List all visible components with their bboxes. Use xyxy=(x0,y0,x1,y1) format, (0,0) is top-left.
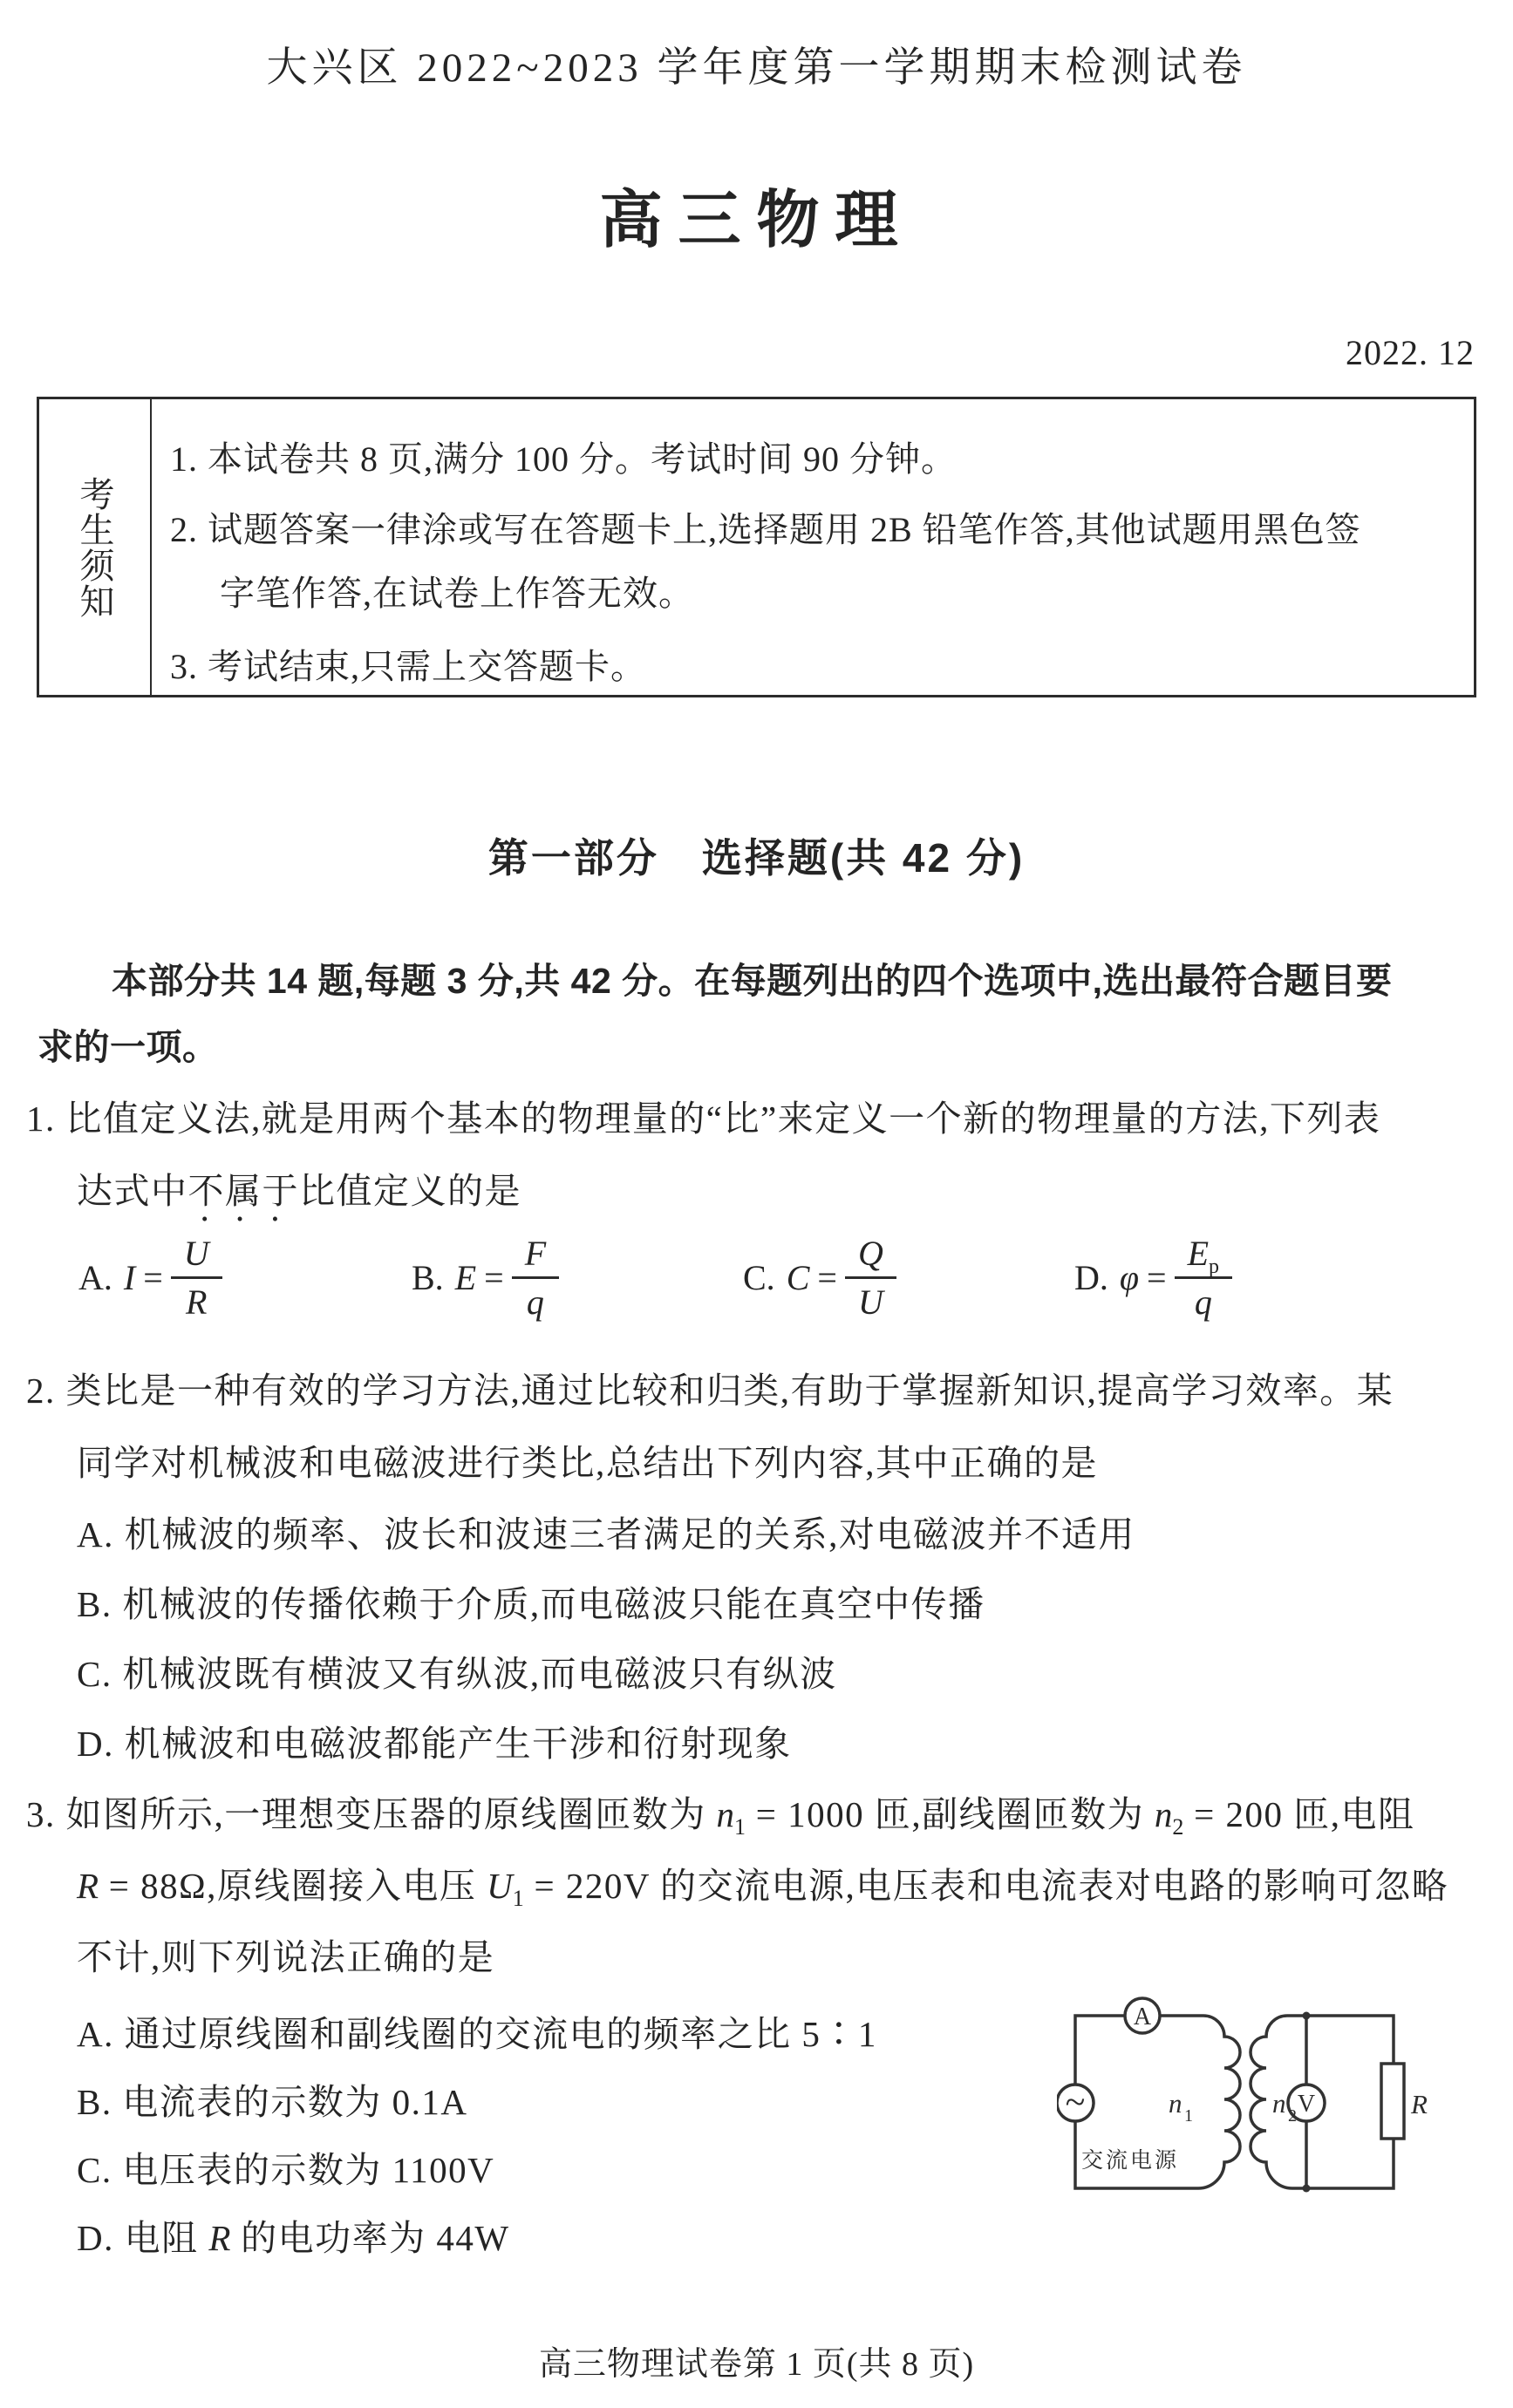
option-label: B. xyxy=(412,1257,444,1298)
question-2-option-a: A. 机械波的频率、波长和波速三者满足的关系,对电磁波并不适用 xyxy=(77,1506,1135,1557)
q1-option-c: C.C=QU xyxy=(743,1233,896,1323)
section-title: 第一部分 选择题(共 42 分) xyxy=(0,826,1513,884)
notice-item-2: 2. 试题答案一律涂或写在答题卡上,选择题用 2B 铅笔作答,其他试题用黑色签 xyxy=(170,502,1361,552)
junction-dot-bottom xyxy=(1303,2185,1311,2193)
exam-paper-page: 大兴区 2022~2023 学年度第一学期期末检测试卷 高三物理 2022. 1… xyxy=(0,0,1513,2408)
exam-header: 大兴区 2022~2023 学年度第一学期期末检测试卷 xyxy=(0,35,1513,93)
notice-item-3: 3. 考试结束,只需上交答题卡。 xyxy=(170,639,646,689)
notice-side-label: 考生须知 xyxy=(70,476,119,619)
question-2-line-1: 2. 类比是一种有效的学习方法,通过比较和归类,有助于掌握新知识,提高学习效率。… xyxy=(26,1362,1394,1413)
primary-coil-label-sub: 1 xyxy=(1184,2106,1193,2126)
resistor-label: R xyxy=(1410,2089,1428,2119)
secondary-coil-label-sub: 2 xyxy=(1288,2106,1297,2126)
ac-source-symbol: ~ xyxy=(1066,2083,1086,2123)
junction-dot-top xyxy=(1303,2012,1311,2020)
page-footer: 高三物理试卷第 1 页(共 8 页) xyxy=(0,2337,1513,2384)
question-2-line-2: 同学对机械波和电磁波进行类比,总结出下列内容,其中正确的是 xyxy=(77,1434,1098,1486)
primary-coil-label: n xyxy=(1169,2088,1182,2119)
question-3-option-b: B. 电流表的示数为 0.1A xyxy=(77,2073,467,2125)
section-intro-line-2: 求的一项。 xyxy=(37,1018,219,1070)
secondary-coil-label: n xyxy=(1272,2088,1286,2119)
examinee-notice-box: 考生须知 1. 本试卷共 8 页,满分 100 分。考试时间 90 分钟。 2.… xyxy=(37,397,1476,697)
question-3-line-3: 不计,则下列说法正确的是 xyxy=(77,1928,494,1980)
q1-option-b: B.E=Fq xyxy=(412,1233,559,1323)
question-3-line-1: 3. 如图所示,一理想变压器的原线圈匝数为 n1 = 1000 匝,副线圈匝数为… xyxy=(26,1786,1415,1840)
q1-option-d: D.φ=Epq xyxy=(1074,1233,1232,1323)
question-3-line-2: R = 88Ω,原线圈接入电压 U1 = 220V 的交流电源,电压表和电流表对… xyxy=(77,1857,1448,1912)
notice-side-cell: 考生须知 xyxy=(39,399,152,695)
question-2-option-b: B. 机械波的传播依赖于介质,而电磁波只能在真空中传播 xyxy=(77,1575,985,1627)
section-intro-line-1: 本部分共 14 题,每题 3 分,共 42 分。在每题列出的四个选项中,选出最符… xyxy=(112,952,1393,1003)
resistor-icon xyxy=(1381,2064,1404,2139)
page-title: 高三物理 xyxy=(0,169,1513,260)
ammeter-label: A xyxy=(1134,2003,1152,2030)
exam-date: 2022. 12 xyxy=(1346,332,1475,373)
ac-source-label: 交流电源 xyxy=(1081,2148,1179,2173)
question-2-option-d: D. 机械波和电磁波都能产生干涉和衍射现象 xyxy=(77,1715,792,1766)
transformer-circuit-diagram: A ~ V n 1 n 2 R 交流电源 xyxy=(1057,1996,1441,2206)
option-label: D. xyxy=(1074,1257,1108,1298)
notice-item-2-cont: 字笔作答,在试卷上作答无效。 xyxy=(220,566,694,616)
question-3-option-d: D. 电阻 R 的电功率为 44W xyxy=(77,2209,510,2261)
fraction: QU xyxy=(845,1233,896,1323)
question-2-option-c: C. 机械波既有横波又有纵波,而电磁波只有纵波 xyxy=(77,1645,837,1697)
fraction: Fq xyxy=(512,1233,559,1323)
question-3-option-a: A. 通过原线圈和副线圈的交流电的频率之比 5∶1 xyxy=(77,2005,877,2057)
emphasis-dots: ••• xyxy=(201,1208,307,1230)
voltmeter-label: V xyxy=(1298,2091,1315,2118)
fraction: UR xyxy=(171,1233,222,1323)
fraction: Epq xyxy=(1175,1233,1232,1323)
notice-item-1: 1. 本试卷共 8 页,满分 100 分。考试时间 90 分钟。 xyxy=(170,432,957,481)
option-label: A. xyxy=(78,1257,112,1298)
question-3-option-c: C. 电压表的示数为 1100V xyxy=(77,2141,494,2193)
question-1-line-2: 达式中不属于比值定义的是 xyxy=(77,1162,521,1214)
option-label: C. xyxy=(743,1257,775,1298)
question-1-line-1: 1. 比值定义法,就是用两个基本的物理量的“比”来定义一个新的物理量的方法,下列… xyxy=(26,1090,1380,1141)
q1-option-a: A.I=UR xyxy=(78,1233,222,1323)
